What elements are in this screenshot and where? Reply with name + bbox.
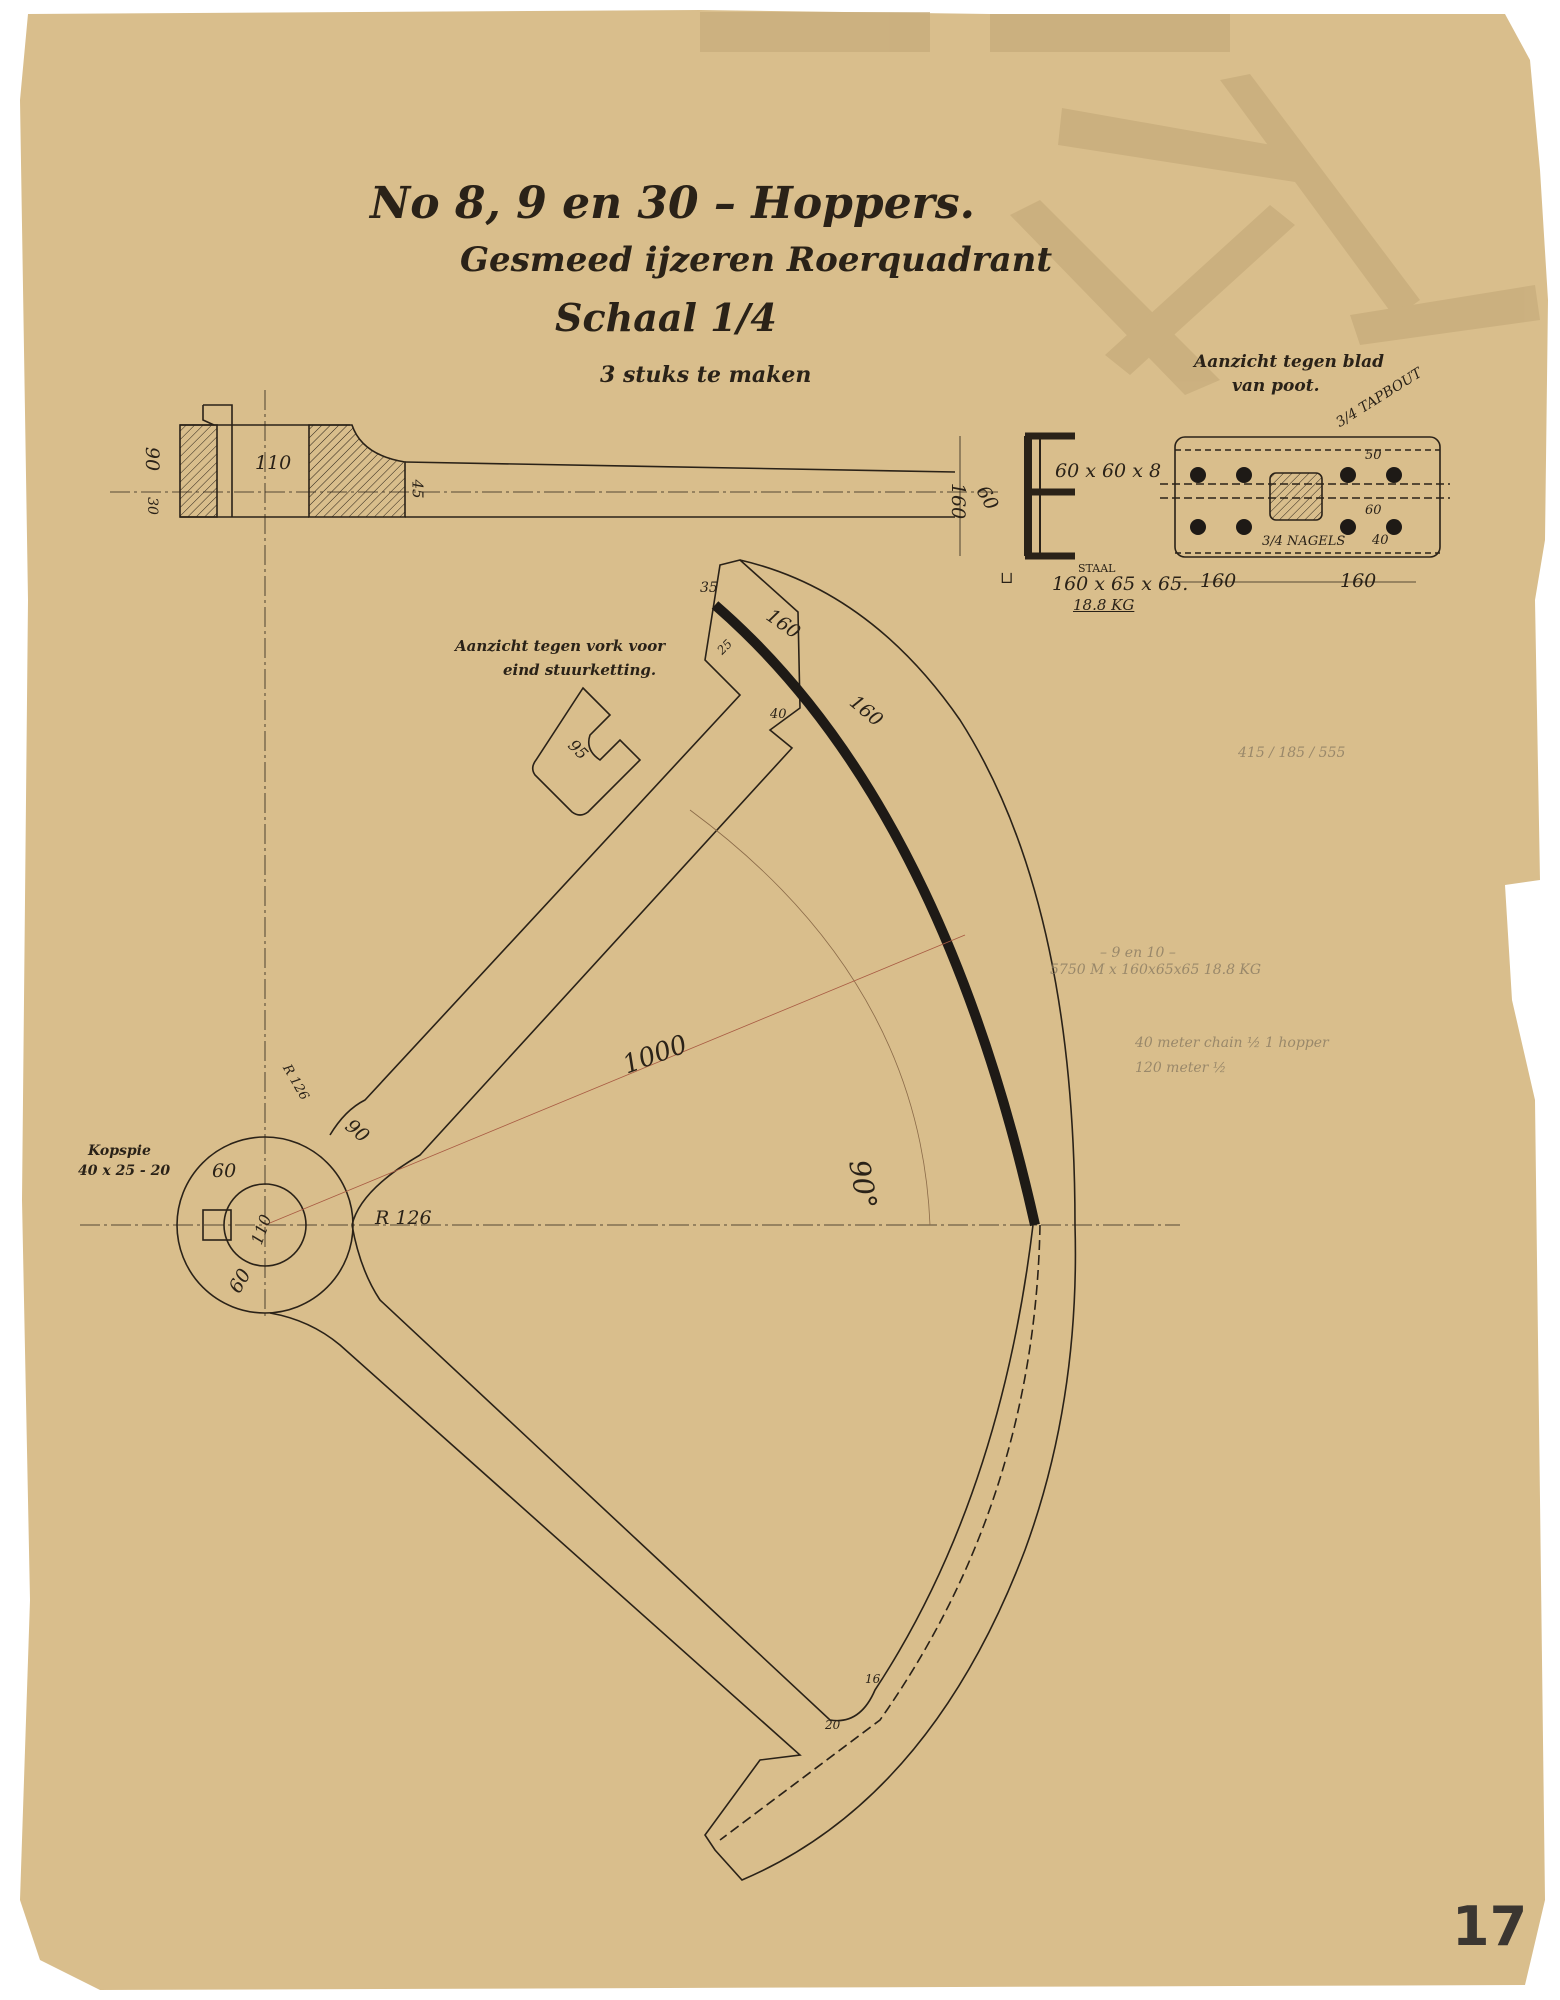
- quantity-note: 3 stuks te maken: [600, 362, 811, 388]
- keeper-label-1: Kopspie: [88, 1143, 151, 1159]
- pencil-note: 415 / 185 / 555: [1238, 745, 1345, 761]
- keeper-label-2: 40 x 25 - 20: [78, 1163, 170, 1179]
- pencil-note: 40 meter chain ½ 1 hopper: [1135, 1035, 1329, 1051]
- weight-label: 18.8 KG: [1073, 596, 1134, 614]
- dim-left-160: 160: [1200, 570, 1236, 592]
- fillet-right-label: R 126: [375, 1207, 432, 1229]
- dim-lower-30: 30: [144, 497, 160, 515]
- dim-right-160: 160: [1340, 570, 1376, 592]
- rim-lower-16: 16: [865, 1672, 880, 1686]
- dim-top-50: 50: [1365, 448, 1382, 463]
- channel-size-label: 160 x 65 x 65.: [1052, 573, 1188, 595]
- sheet-number: 17: [1452, 1895, 1527, 1958]
- section-symbol: ⊔: [1000, 568, 1013, 587]
- angle-size-label: 60 x 60 x 8: [1055, 460, 1161, 482]
- drawing-title: No 8, 9 en 30 – Hoppers.: [370, 178, 975, 229]
- fork-view-caption-2: eind stuurketting.: [503, 661, 656, 679]
- dim-gap-110: 110: [255, 452, 291, 474]
- fork-view-caption-1: Aanzicht tegen vork voor: [455, 637, 665, 655]
- dim-spacing-60: 60: [1365, 503, 1382, 518]
- drawing-scale: Schaal 1/4: [555, 295, 777, 340]
- rim-lower-20: 20: [825, 1718, 840, 1732]
- rim-web-40: 40: [770, 707, 787, 722]
- rivets-label: 3/4 NAGELS: [1262, 534, 1345, 549]
- pencil-note: 120 meter ½: [1135, 1060, 1226, 1076]
- drawing-subtitle: Gesmeed ijzeren Roerquadrant: [460, 240, 1052, 280]
- dim-bottom-40: 40: [1372, 533, 1389, 548]
- rim-end-35: 35: [700, 580, 718, 596]
- pencil-note: 5750 M x 160x65x65 18.8 KG: [1050, 962, 1261, 978]
- drawing-sheet: [0, 0, 1560, 2000]
- end-view-caption-1: Aanzicht tegen blad: [1194, 352, 1384, 372]
- pencil-note: – 9 en 10 –: [1100, 945, 1176, 961]
- hub-ring-top: 60: [212, 1160, 236, 1182]
- dim-height-90: 90: [141, 447, 163, 471]
- dim-arm-45: 45: [409, 479, 427, 498]
- dim-end-160: 160: [947, 483, 969, 519]
- end-view-caption-2: van poot.: [1232, 376, 1320, 396]
